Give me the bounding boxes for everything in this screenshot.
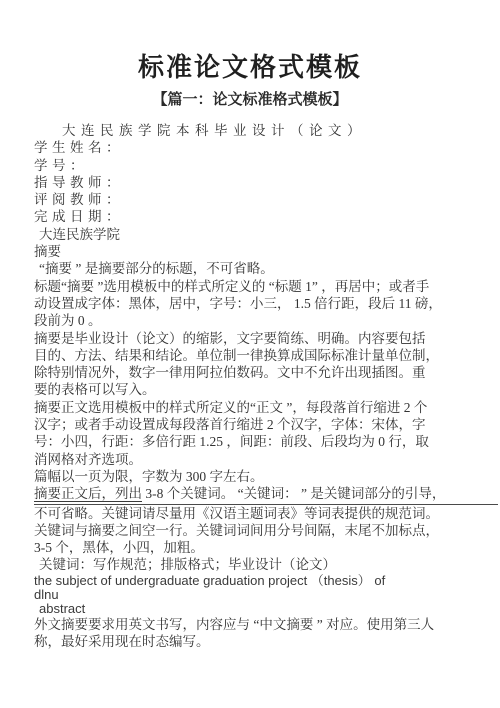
section-heading: 【篇一：论文标准格式模板】 [0,90,500,110]
document-line: 消网格对齐选项。 [34,451,472,468]
document-line: 汉字；或者手动设置成每段落首行缩进 2 个汉字，字体：宋体，字 [34,416,472,433]
document-line: 大连民族学院 [34,226,472,243]
document-line: 摘要是毕业设计（论文）的缩影，文字要简练、明确。内容要包括 [34,330,472,347]
document-title: 标准论文格式模板 [0,0,500,86]
document-line: 关键词：写作规范；排版格式；毕业设计（论文） [34,556,472,573]
document-line: 称，最好采用现在时态编写。 [34,633,472,650]
document-line: 摘要正文选用模板中的样式所定义的“正文 ”，每段落首行缩进 2 个 [34,399,472,416]
document-line: 评阅教师： [34,191,472,208]
document-line: 号：小四，行距：多倍行距 1.25 ，间距：前段、后段均为 0 行，取 [34,433,472,450]
document-page: 标准论文格式模板 【篇一：论文标准格式模板】 大连民族学院本科毕业设计（论文）学… [0,0,500,708]
document-line: 3-5 个，黑体，小四，加粗。 [34,539,472,556]
underlined-text: 摘要正文后，列出 [34,486,142,502]
document-line: 外文摘要要求用英文书写，内容应与 “中文摘要 ” 对应。使用第三人 [34,616,472,633]
document-line: abstract [34,602,472,616]
document-line: 目的、方法、结果和结论。单位制一律换算成国际标准计量单位制， [34,347,472,364]
document-line: 除特别情况外，数字一律用阿拉伯数码。文中不允许出现插图。重 [34,364,472,381]
document-line: 不可省略。关键词请尽量用《汉语主题词表》等词表提供的规范词。 [34,505,472,522]
document-line: the subject of undergraduate graduation … [34,574,472,588]
document-line: dlnu [34,588,472,602]
document-line: 学生姓名： [34,139,472,156]
document-line: 摘要 [34,243,472,260]
document-line: 标题“摘要 ”选用模板中的样式所定义的 “标题 1” ，再居中；或者手 [34,278,472,295]
document-line: “摘要 ” 是摘要部分的标题，不可省略。 [34,260,472,277]
document-line: 篇幅以一页为限，字数为 300 字左右。 [34,468,472,485]
document-line: 段前为 0 。 [34,312,472,329]
document-line: 指导教师： [34,174,472,191]
document-line: 学号： [34,157,472,174]
document-line: 摘要正文后，列出 3-8 个关键词。 “关键词： ” 是关键词部分的引导， [34,485,498,504]
document-line: 要的表格可以写入。 [34,381,472,398]
document-line: 动设置成字体：黑体，居中，字号：小三， 1.5 倍行距，段后 11 磅， [34,295,472,312]
document-line: 大连民族学院本科毕业设计（论文） [34,122,472,139]
document-body: 大连民族学院本科毕业设计（论文）学生姓名：学号：指导教师：评阅教师：完成日期：大… [0,110,500,650]
document-line: 完成日期： [34,208,472,225]
document-line: 关键词与摘要之间空一行。关键词词间用分号间隔，末尾不加标点， [34,522,472,539]
